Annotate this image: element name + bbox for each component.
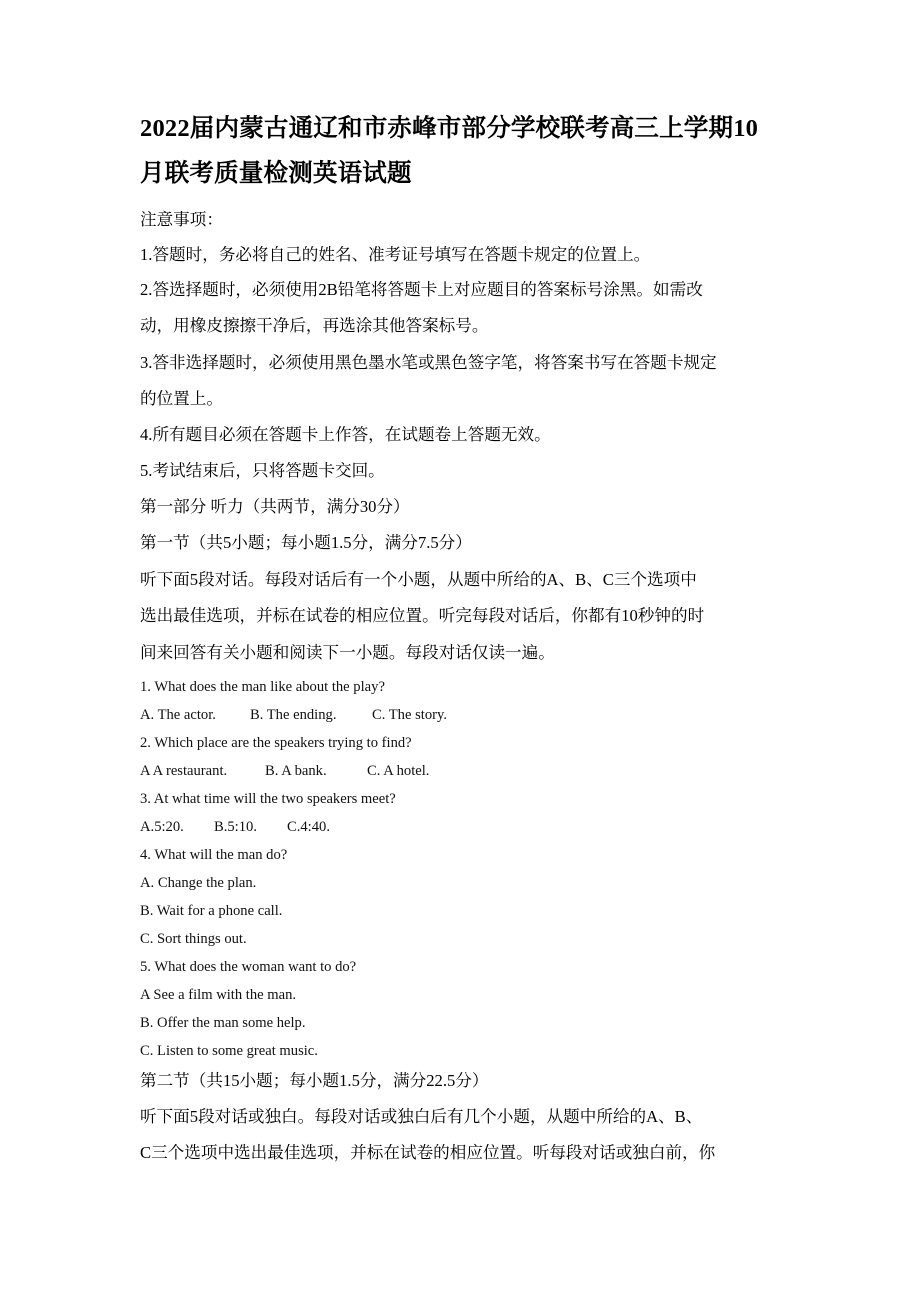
question-1-options: A. The actor.B. The ending.C. The story. (140, 705, 447, 725)
question-3-stem: 3. At what time will the two speakers me… (140, 789, 396, 809)
section2-instructions-2: C三个选项中选出最佳选项，并标在试卷的相应位置。听每段对话或独白前，你 (140, 1141, 790, 1165)
question-1-stem: 1. What does the man like about the play… (140, 677, 385, 697)
section1-instructions-1: 听下面5段对话。每段对话后有一个小题，从题中所给的A、B、C三个选项中 (140, 568, 790, 592)
question-1-option-b: B. The ending. (250, 705, 372, 725)
question-5-option-a: A See a film with the man. (140, 985, 296, 1005)
question-3-options: A.5:20.B.5:10.C.4:40. (140, 817, 330, 837)
document-title-line-2: 月联考质量检测英语试题 (140, 151, 785, 196)
notice-item-4: 4.所有题目必须在答题卡上作答，在试题卷上答题无效。 (140, 423, 790, 447)
question-5-option-b: B. Offer the man some help. (140, 1013, 306, 1033)
part1-heading: 第一部分 听力（共两节，满分30分） (140, 495, 790, 519)
notice-item-2-cont: 动，用橡皮擦擦干净后，再选涂其他答案标号。 (140, 314, 790, 338)
question-5-option-c: C. Listen to some great music. (140, 1041, 318, 1061)
section1-instructions-2: 选出最佳选项，并标在试卷的相应位置。听完每段对话后，你都有10秒钟的时 (140, 604, 790, 628)
section1-instructions-3: 间来回答有关小题和阅读下一小题。每段对话仅读一遍。 (140, 641, 790, 665)
section2-heading: 第二节（共15小题；每小题1.5分，满分22.5分） (140, 1069, 790, 1093)
question-2-option-b: B. A bank. (265, 761, 367, 781)
notice-item-5: 5.考试结束后，只将答题卡交回。 (140, 459, 790, 483)
question-2-options: A A restaurant.B. A bank.C. A hotel. (140, 761, 429, 781)
question-1-option-a: A. The actor. (140, 705, 250, 725)
question-4-stem: 4. What will the man do? (140, 845, 287, 865)
question-4-option-b: B. Wait for a phone call. (140, 901, 282, 921)
question-2-option-c: C. A hotel. (367, 761, 429, 781)
question-5-stem: 5. What does the woman want to do? (140, 957, 356, 977)
notice-item-1: 1.答题时，务必将自己的姓名、准考证号填写在答题卡规定的位置上。 (140, 243, 790, 267)
question-3-option-b: B.5:10. (214, 817, 287, 837)
notice-heading: 注意事项： (140, 208, 790, 232)
notice-item-3-cont: 的位置上。 (140, 387, 790, 411)
question-2-option-a: A A restaurant. (140, 761, 265, 781)
section2-instructions-1: 听下面5段对话或独白。每段对话或独白后有几个小题，从题中所给的A、B、 (140, 1105, 790, 1129)
notice-item-3: 3.答非选择题时，必须使用黑色墨水笔或黑色签字笔，将答案书写在答题卡规定 (140, 351, 790, 375)
question-4-option-c: C. Sort things out. (140, 929, 247, 949)
question-3-option-a: A.5:20. (140, 817, 214, 837)
question-2-stem: 2. Which place are the speakers trying t… (140, 733, 412, 753)
question-3-option-c: C.4:40. (287, 817, 330, 837)
notice-item-2: 2.答选择题时，必须使用2B铅笔将答题卡上对应题目的答案标号涂黑。如需改 (140, 278, 790, 302)
question-4-option-a: A. Change the plan. (140, 873, 256, 893)
document-title-line-1: 2022届内蒙古通辽和市赤峰市部分学校联考高三上学期10 (140, 106, 785, 151)
question-1-option-c: C. The story. (372, 705, 447, 725)
section1-heading: 第一节（共5小题；每小题1.5分，满分7.5分） (140, 531, 790, 555)
